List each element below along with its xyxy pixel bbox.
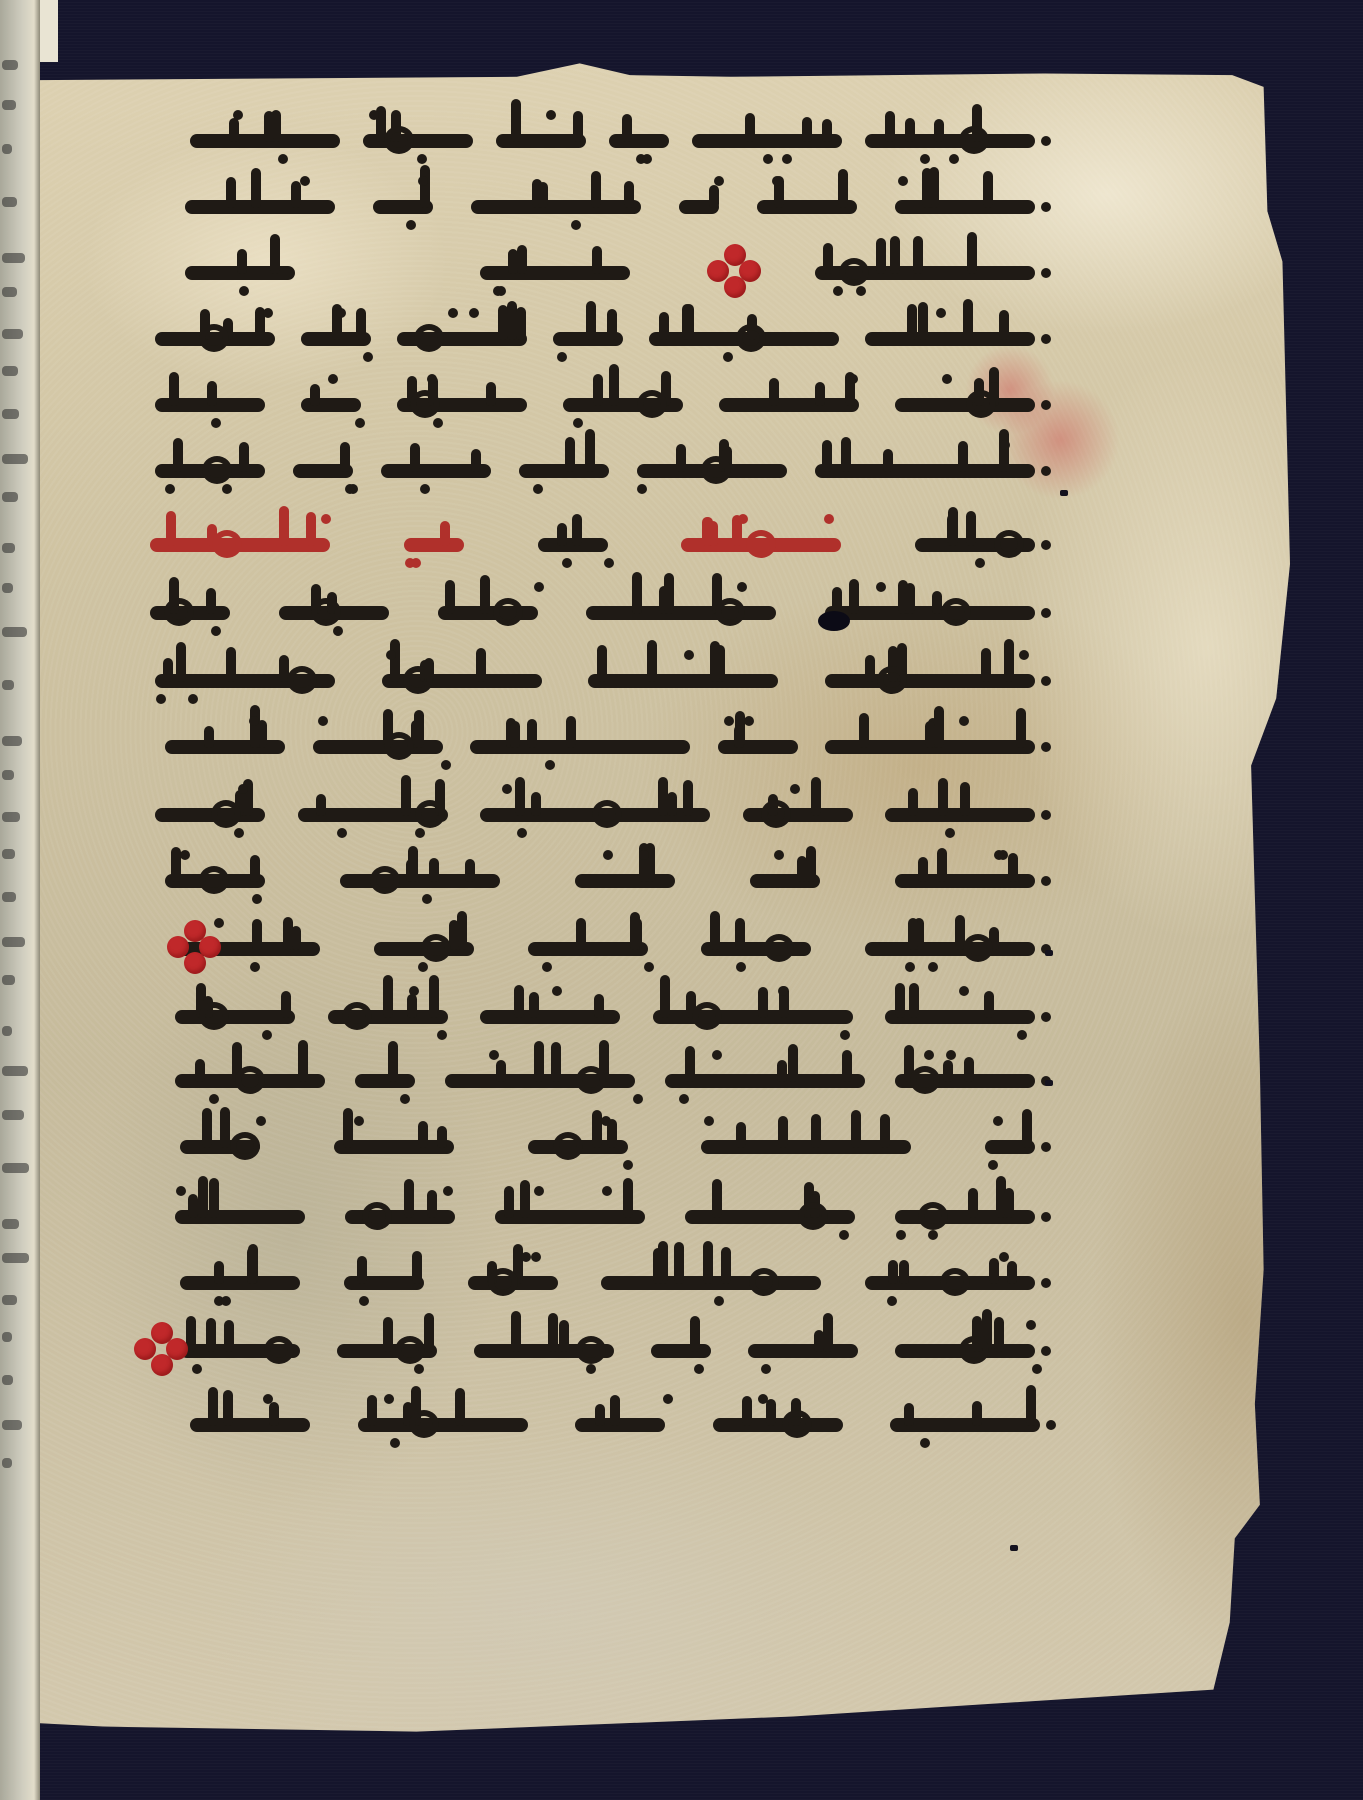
letter-loop	[311, 598, 341, 626]
letter-ascender	[1007, 1261, 1017, 1284]
letter-loop	[199, 866, 229, 894]
letter-ascender	[401, 775, 411, 816]
letter-ascender	[981, 648, 991, 682]
manuscript-line-9	[155, 652, 1035, 708]
diacritic-dot	[637, 484, 647, 494]
letter-ascender	[437, 1126, 447, 1148]
letter-ascender	[591, 171, 601, 208]
letter-loop	[410, 390, 440, 418]
letter-ascender	[340, 442, 350, 472]
diacritic-dot	[887, 1296, 897, 1306]
diacritic-dot	[441, 760, 451, 770]
diacritic-dot	[562, 558, 572, 568]
letter-ascender	[859, 713, 869, 748]
diacritic-dot	[546, 110, 556, 120]
diacritic-dot	[1019, 650, 1029, 660]
diacritic-dot	[354, 1116, 364, 1126]
letter-ascender	[1008, 853, 1018, 882]
letter-ascender	[356, 308, 366, 340]
manuscript-line-8	[150, 584, 1035, 640]
manuscript-line-13	[170, 920, 1035, 976]
diacritic-dot	[644, 962, 654, 972]
letter-ascender	[958, 441, 968, 472]
syriac-word	[748, 1344, 858, 1358]
letter-ascender	[905, 583, 915, 614]
letter-ascender	[703, 1241, 713, 1284]
diacritic-dot	[856, 286, 866, 296]
letter-ascender	[429, 975, 439, 1018]
punctuation-dot	[1046, 1420, 1056, 1430]
diacritic-dot	[176, 1186, 186, 1196]
letter-ascender	[357, 1256, 367, 1284]
letter-loop	[553, 1132, 583, 1160]
diacritic-dot	[496, 286, 506, 296]
letter-loop	[959, 1336, 989, 1364]
letter-ascender	[885, 111, 895, 142]
letter-loop	[199, 324, 229, 352]
letter-loop	[941, 598, 971, 626]
letter-ascender	[823, 1313, 833, 1352]
punctuation-dot	[1041, 876, 1051, 886]
letter-loop	[403, 666, 433, 694]
letter-ascender	[208, 1387, 218, 1426]
letter-loop	[384, 126, 414, 154]
diacritic-dot	[384, 1394, 394, 1404]
letter-ascender	[653, 1248, 663, 1284]
letter-loop	[761, 800, 791, 828]
diacritic-dot	[586, 308, 596, 318]
letter-ascender	[390, 639, 400, 682]
diacritic-dot	[328, 374, 338, 384]
letter-ascender	[455, 1388, 465, 1426]
diacritic-dot	[920, 154, 930, 164]
letter-ascender	[445, 580, 455, 614]
letter-ascender	[559, 1320, 569, 1352]
letter-ascender	[758, 987, 768, 1018]
letter-ascender	[908, 918, 918, 950]
syriac-word	[718, 740, 798, 754]
letter-ascender	[529, 992, 539, 1018]
letter-ascender	[989, 1258, 999, 1284]
diacritic-dot	[278, 154, 288, 164]
letter-ascender	[934, 706, 944, 748]
letter-ascender	[907, 304, 917, 340]
manuscript-line-14	[175, 988, 1035, 1044]
parchment-hole	[818, 611, 850, 631]
manuscript-line-2	[185, 178, 1035, 234]
letter-ascender	[476, 648, 486, 682]
letter-ascender	[504, 1186, 514, 1218]
diacritic-dot	[390, 1438, 400, 1448]
letter-ascender	[270, 234, 280, 274]
letter-ascender	[383, 975, 393, 1018]
letter-ascender	[849, 579, 859, 614]
letter-loop	[764, 934, 794, 962]
diacritic-dot	[418, 176, 428, 186]
diacritic-dot	[639, 850, 649, 860]
letter-ascender	[710, 911, 720, 950]
letter-ascender	[597, 645, 607, 682]
letter-ascender	[710, 641, 720, 682]
diacritic-dot	[209, 1094, 219, 1104]
diacritic-dot	[300, 176, 310, 186]
diacritic-dot	[188, 694, 198, 704]
diacritic-dot	[1032, 1364, 1042, 1374]
letter-ascender	[510, 723, 520, 748]
diacritic-dot	[221, 1296, 231, 1306]
letter-ascender	[498, 305, 508, 340]
letter-loop	[199, 1002, 229, 1030]
letter-ascender	[734, 725, 744, 748]
letter-ascender	[252, 919, 262, 950]
letter-ascender	[250, 855, 260, 882]
syriac-word	[651, 1344, 711, 1358]
letter-loop	[963, 934, 993, 962]
letter-ascender	[214, 1261, 224, 1284]
syriac-word	[895, 1210, 1035, 1224]
letter-ascender	[994, 1317, 1004, 1352]
diacritic-dot	[633, 1094, 643, 1104]
letter-ascender	[880, 1114, 890, 1148]
letter-ascender	[239, 442, 249, 472]
diacritic-dot	[489, 1050, 499, 1060]
letter-ascender	[531, 792, 541, 816]
diacritic-dot	[763, 154, 773, 164]
letter-ascender	[823, 243, 833, 274]
red-quatrefoil-ornament	[134, 1322, 190, 1378]
punctuation-dot	[1041, 334, 1051, 344]
manuscript-line-5	[155, 376, 1035, 432]
diacritic-dot	[928, 1230, 938, 1240]
letter-ascender	[610, 1395, 620, 1426]
syriac-word	[865, 332, 1035, 346]
letter-ascender	[684, 304, 694, 340]
letter-ascender	[999, 310, 1009, 340]
syriac-word	[470, 740, 690, 754]
punctuation-dot	[1041, 676, 1051, 686]
diacritic-dot	[233, 110, 243, 120]
letter-ascender	[316, 794, 326, 816]
letter-ascender	[735, 918, 745, 950]
letter-ascender	[283, 917, 293, 950]
letter-ascender	[918, 302, 928, 340]
punctuation-dot	[1041, 1212, 1051, 1222]
letter-loop	[164, 598, 194, 626]
manuscript-line-6	[155, 442, 1035, 498]
diacritic-dot	[180, 850, 190, 860]
diacritic-dot	[420, 484, 430, 494]
letter-ascender	[520, 1180, 530, 1218]
diacritic-dot	[369, 110, 379, 120]
manuscript-line-12	[165, 852, 1035, 908]
diacritic-dot	[552, 986, 562, 996]
letter-ascender	[766, 1399, 776, 1426]
letter-ascender	[511, 99, 521, 142]
letter-ascender	[968, 1188, 978, 1218]
letter-ascender	[908, 788, 918, 816]
manuscript-line-4	[155, 310, 1035, 366]
letter-ascender	[414, 710, 424, 748]
manuscript-line-10	[165, 718, 1035, 774]
letter-ascender	[511, 1311, 521, 1352]
syriac-word	[175, 1010, 295, 1024]
diacritic-dot	[736, 962, 746, 972]
diacritic-dot	[250, 962, 260, 972]
syriac-word	[340, 874, 500, 888]
diacritic-dot	[998, 850, 1008, 860]
diacritic-dot	[744, 716, 754, 726]
diacritic-dot	[239, 286, 249, 296]
manuscript-line-7	[150, 516, 1035, 572]
diacritic-dot	[949, 154, 959, 164]
letter-loop	[384, 732, 414, 760]
letter-ascender	[822, 440, 832, 472]
letter-ascender	[709, 185, 719, 208]
syriac-word	[713, 1418, 843, 1432]
letter-ascender	[967, 232, 977, 274]
letter-ascender	[660, 975, 670, 1018]
letter-ascender	[572, 514, 582, 546]
letter-ascender	[1022, 1109, 1032, 1148]
letter-ascender	[457, 911, 467, 950]
punctuation-dot	[1041, 1142, 1051, 1152]
rubric-word	[404, 538, 464, 552]
letter-ascender	[594, 994, 604, 1018]
diacritic-dot	[211, 418, 221, 428]
letter-ascender	[480, 575, 490, 614]
letter-ascender	[909, 983, 919, 1018]
syriac-word	[355, 1074, 415, 1088]
diacritic-dot	[545, 760, 555, 770]
manuscript-line-1	[190, 112, 1035, 168]
letter-loop	[918, 1202, 948, 1230]
letter-ascender	[410, 443, 420, 472]
letter-ascender	[250, 705, 260, 748]
letter-ascender	[237, 249, 247, 274]
letter-ascender	[960, 782, 970, 816]
syriac-word	[719, 398, 859, 412]
syriac-word	[665, 1074, 865, 1088]
letter-ascender	[639, 843, 649, 882]
letter-ascender	[841, 437, 851, 472]
diacritic-dot	[414, 1364, 424, 1374]
letter-loop	[692, 1002, 722, 1030]
diacritic-dot	[790, 784, 800, 794]
letter-ascender	[712, 1179, 722, 1218]
diacritic-dot	[573, 418, 583, 428]
letter-ascender	[508, 249, 518, 274]
syriac-word	[609, 134, 669, 148]
letter-ascender	[204, 726, 214, 748]
letter-ascender	[683, 780, 693, 816]
letter-ascender	[408, 846, 418, 882]
syriac-word	[480, 266, 630, 280]
letter-loop	[959, 126, 989, 154]
diacritic-dot	[758, 1394, 768, 1404]
letter-ascender	[811, 1114, 821, 1148]
manuscript-line-17	[175, 1188, 1035, 1244]
letter-ascender	[895, 983, 905, 1018]
letter-ascender	[658, 777, 668, 816]
letter-loop	[409, 1410, 439, 1438]
letter-ascender	[842, 1050, 852, 1082]
letter-loop	[264, 1336, 294, 1364]
letter-loop	[701, 456, 731, 484]
diacritic-dot	[531, 1252, 541, 1262]
diacritic-dot	[156, 694, 166, 704]
diacritic-dot	[433, 418, 443, 428]
letter-ascender	[832, 587, 842, 614]
punctuation-dot	[1041, 540, 1051, 550]
letter-ascender	[565, 437, 575, 472]
letter-ascender	[607, 309, 617, 340]
syriac-word	[692, 134, 842, 148]
letter-ascender	[548, 1313, 558, 1352]
letter-ascender	[899, 1260, 909, 1284]
letter-ascender	[721, 1247, 731, 1284]
syriac-word	[743, 808, 853, 822]
diacritic-dot	[437, 1030, 447, 1040]
letter-ascender	[938, 778, 948, 816]
diacritic-dot	[417, 154, 427, 164]
letter-ascender	[623, 1178, 633, 1218]
diacritic-dot	[924, 1050, 934, 1060]
letter-loop	[592, 800, 622, 828]
letter-ascender	[169, 372, 179, 406]
diacritic-dot	[714, 1296, 724, 1306]
diacritic-dot	[415, 828, 425, 838]
diacritic-dot	[761, 1364, 771, 1374]
letter-ascender	[624, 181, 634, 208]
diacritic-dot	[165, 484, 175, 494]
letter-ascender	[632, 572, 642, 614]
letter-loop	[488, 1268, 518, 1296]
letter-ascender	[551, 1042, 561, 1082]
red-quatrefoil-ornament	[167, 920, 223, 976]
letter-ascender	[888, 1260, 898, 1284]
letter-ascender	[999, 429, 1009, 472]
letter-loop	[287, 666, 317, 694]
diacritic-dot	[704, 1116, 714, 1126]
diacritic-dot	[443, 1186, 453, 1196]
letter-ascender	[388, 1041, 398, 1082]
letter-ascender	[814, 1330, 824, 1352]
diacritic-dot	[663, 1394, 673, 1404]
diacritic-dot	[400, 1094, 410, 1104]
diacritic-dot	[222, 484, 232, 494]
diacritic-dot	[946, 1050, 956, 1060]
diacritic-dot	[824, 514, 834, 524]
letter-ascender	[1016, 708, 1026, 748]
letter-ascender	[176, 642, 186, 682]
letter-loop	[749, 1268, 779, 1296]
diacritic-dot	[238, 784, 248, 794]
letter-ascender	[964, 1057, 974, 1082]
letter-ascender	[630, 912, 640, 950]
letter-ascender	[922, 168, 932, 208]
letter-ascender	[264, 111, 274, 142]
letter-loop	[910, 1066, 940, 1094]
diacritic-dot	[896, 1230, 906, 1240]
letter-ascender	[769, 378, 779, 406]
letter-ascender	[514, 985, 524, 1018]
letter-loop	[966, 390, 996, 418]
letter-ascender	[622, 114, 632, 142]
letter-loop	[362, 1202, 392, 1230]
letter-ascender	[664, 573, 674, 614]
letter-ascender	[486, 382, 496, 406]
diacritic-dot	[942, 374, 952, 384]
letter-ascender	[876, 238, 886, 274]
letter-ascender	[966, 511, 976, 546]
letter-ascender	[515, 777, 525, 816]
letter-loop	[782, 1410, 812, 1438]
diacritic-dot	[359, 1296, 369, 1306]
letter-loop	[212, 530, 242, 558]
diacritic-dot	[192, 1364, 202, 1374]
diacritic-dot	[1017, 1030, 1027, 1040]
manuscript-line-3	[185, 244, 1035, 300]
letter-ascender	[822, 119, 832, 142]
letter-ascender	[904, 1403, 914, 1426]
letter-ascender	[815, 382, 825, 406]
letter-ascender	[890, 236, 900, 274]
letter-ascender	[685, 1046, 695, 1082]
diacritic-dot	[336, 308, 346, 318]
letter-ascender	[667, 792, 677, 816]
letter-ascender	[851, 1110, 861, 1148]
letter-ascender	[420, 165, 430, 208]
letter-ascender	[367, 1395, 377, 1426]
letter-ascender	[226, 177, 236, 208]
letter-ascender	[279, 506, 289, 546]
letter-ascender	[298, 1040, 308, 1082]
letter-ascender	[593, 374, 603, 406]
diacritic-dot	[603, 850, 613, 860]
letter-ascender	[1004, 639, 1014, 682]
letter-ascender	[972, 1401, 982, 1426]
letter-ascender	[383, 1317, 393, 1352]
letter-ascender	[736, 1122, 746, 1148]
diacritic-dot	[418, 962, 428, 972]
letter-ascender	[788, 1044, 798, 1082]
diacritic-dot	[345, 484, 355, 494]
letter-ascender	[592, 246, 602, 274]
letter-ascender	[595, 1404, 605, 1426]
syriac-word	[575, 874, 675, 888]
diacritic-dot	[945, 828, 955, 838]
letter-ascender	[1004, 1188, 1014, 1218]
diacritic-dot	[774, 850, 784, 860]
letter-ascender	[418, 1121, 428, 1148]
diacritic-dot	[211, 626, 221, 636]
diacritic-dot	[337, 828, 347, 838]
letter-loop	[798, 1202, 828, 1230]
syriac-word	[358, 1418, 528, 1432]
letter-loop	[576, 1336, 606, 1364]
letter-ascender	[412, 1251, 422, 1284]
diacritic-dot	[848, 374, 858, 384]
letter-loop	[230, 1132, 260, 1160]
punctuation-dot	[1041, 202, 1051, 212]
letter-loop	[736, 324, 766, 352]
letter-ascender	[963, 299, 973, 340]
letter-ascender	[404, 1179, 414, 1218]
letter-ascender	[983, 171, 993, 208]
diacritic-dot	[355, 418, 365, 428]
diacritic-dot	[920, 1438, 930, 1448]
letter-ascender	[440, 521, 450, 546]
